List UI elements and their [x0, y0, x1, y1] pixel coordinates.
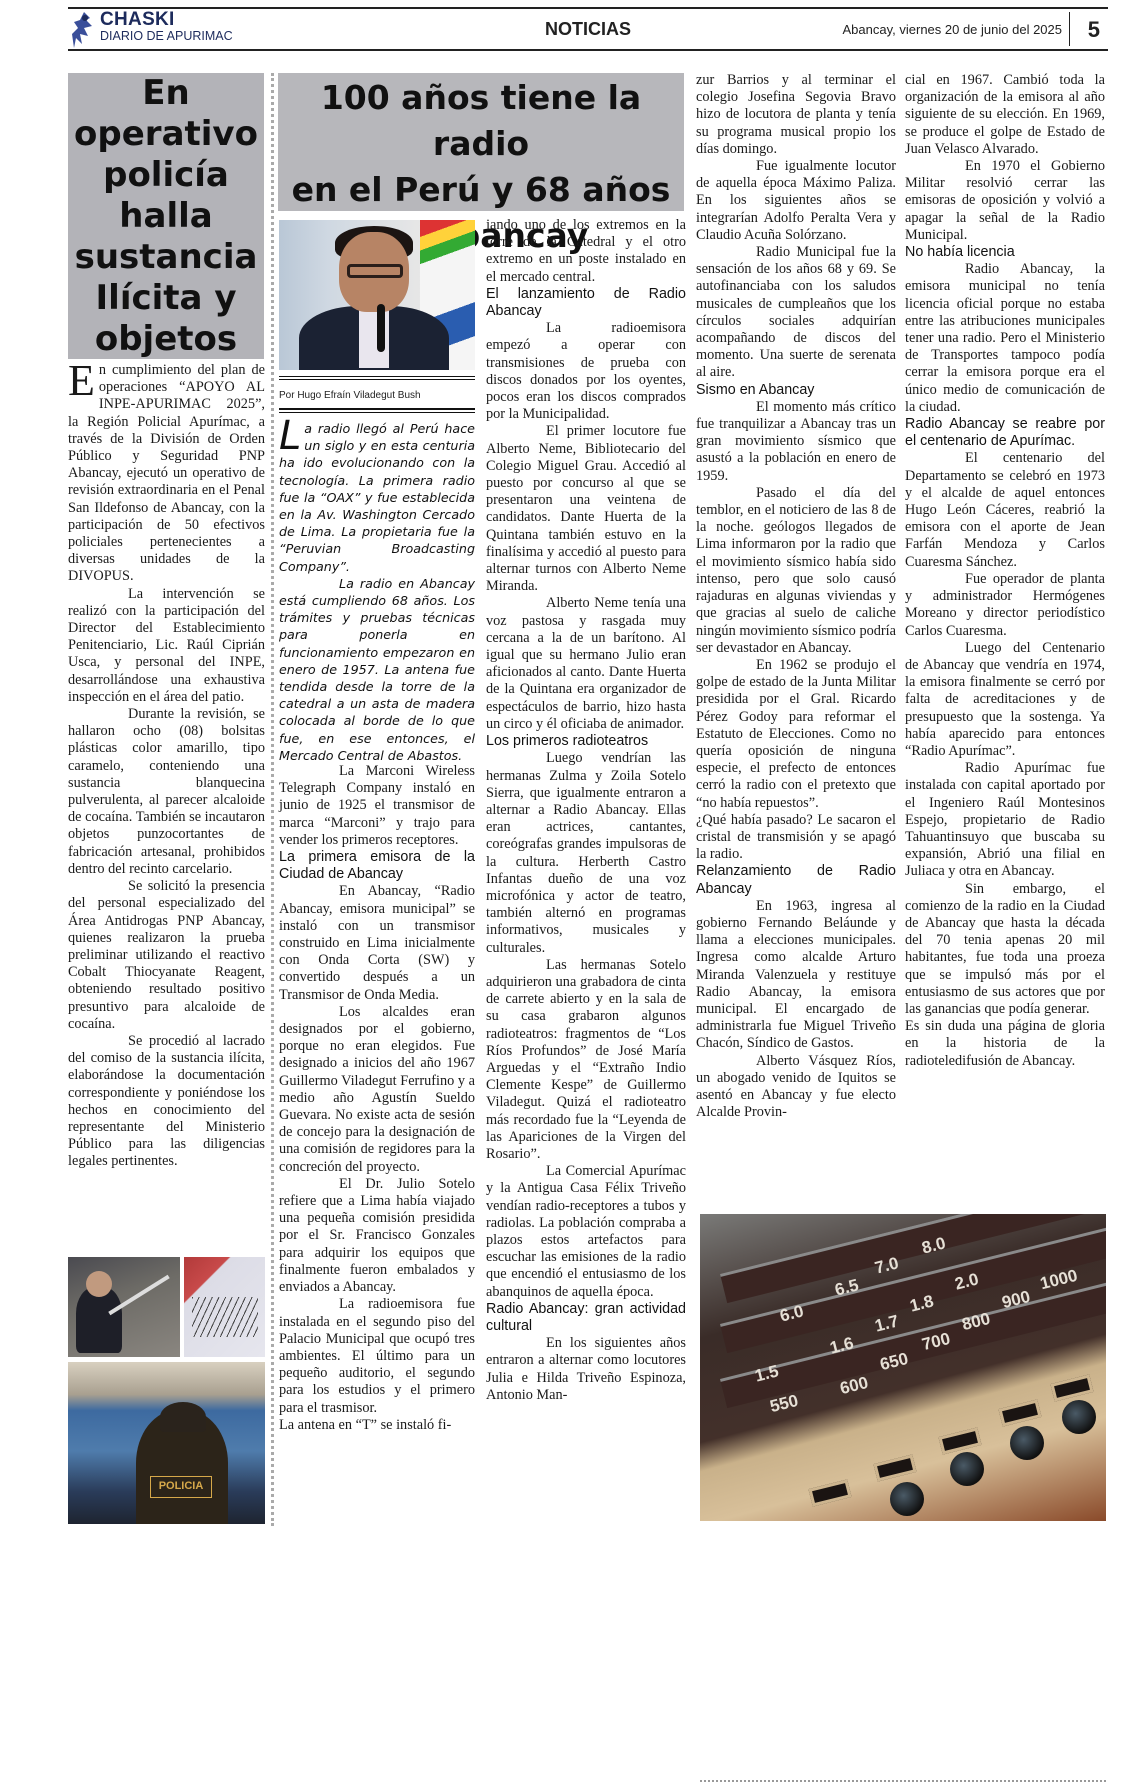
article-paragraph: Es sin duda una página de gloria en la h…	[905, 1018, 1105, 1070]
article-paragraph: El momento más crítico fue tranquilizar …	[696, 399, 896, 485]
page-number: 5	[1088, 17, 1100, 43]
article-paragraph: La radioemisora fue instalada en el segu…	[279, 1296, 475, 1416]
article-paragraph: La intervención se realizó con la partic…	[68, 586, 265, 706]
seized-objects-photo	[184, 1257, 265, 1357]
dial-label: 7.0	[873, 1253, 901, 1278]
issue-date: Abancay, viernes 20 de junio del 2025	[843, 22, 1062, 37]
article-column-2: jando uno de los extremos en la torre de…	[486, 217, 686, 1404]
article-paragraph: Las hermanas Sotelo adquirieron una grab…	[486, 957, 686, 1163]
headline-line: operativo	[68, 114, 264, 155]
dropcap: E	[68, 364, 95, 398]
radio-knob-icon	[1010, 1426, 1044, 1460]
headline-line: halla	[68, 196, 264, 237]
glasses	[347, 264, 403, 278]
article-paragraph: Sin embargo, el comienzo de la radio en …	[905, 881, 1105, 1019]
radio-knob-icon	[1062, 1400, 1096, 1434]
paragraph-text: a radio llegó al Perú hace un siglo y en…	[279, 421, 475, 574]
rule	[279, 379, 475, 380]
article-column-1: La Marconi Wireless Telegraph Company in…	[279, 763, 475, 1434]
policia-patch: POLICIA	[150, 1476, 212, 1498]
article-intro: La radio llegó al Perú hace un siglo y e…	[279, 420, 475, 764]
headline-line: sustancia	[68, 237, 264, 278]
article-paragraph: Se solicitó la presencia del personal es…	[68, 878, 265, 1033]
rule	[279, 376, 475, 377]
article-paragraph: ¿Qué había pasado? Le sacaron el cristal…	[696, 812, 896, 864]
article-paragraph: Radio Apurímac fue instalada con capital…	[905, 760, 1105, 880]
officer-cap	[160, 1402, 206, 1432]
seized-tools	[192, 1297, 258, 1337]
headline-line: en el Perú y 68 años	[278, 167, 684, 213]
article-paragraph: Alberto Vásquez Ríos, un abogado venido …	[696, 1053, 896, 1122]
article-paragraph: zur Barrios y al terminar el colegio Jos…	[696, 72, 896, 158]
preset-slot	[938, 1427, 981, 1454]
police-officer-photo: POLICIA	[68, 1362, 265, 1524]
article-paragraph: El centenario del Departamento se celebr…	[905, 450, 1105, 570]
preset-slot	[873, 1454, 916, 1481]
article-paragraph: En Abancay, “Radio Abancay, emisora muni…	[279, 883, 475, 1003]
article-paragraph: Fue operador de planta y administrador H…	[905, 571, 1105, 640]
dial-label: 1.8	[908, 1291, 936, 1316]
article-paragraph: Pasado el día del temblor, en el noticie…	[696, 485, 896, 657]
dial-label: 1.7	[873, 1311, 901, 1336]
article-paragraph: jando uno de los extremos en la torre de…	[486, 217, 686, 286]
article-paragraph: La antena en “T” se instaló fi-	[279, 1417, 475, 1434]
subheading: Sismo en Abancay	[696, 382, 896, 399]
article-paragraph: El primer locutore fue Alberto Neme, Bib…	[486, 423, 686, 595]
date-separator	[1069, 12, 1070, 46]
article-paragraph: Radio Abancay, la emisora municipal no t…	[905, 261, 1105, 416]
article-paragraph: La Marconi Wireless Telegraph Company in…	[279, 763, 475, 849]
preset-slot	[1050, 1374, 1093, 1401]
article-paragraph: Se procedió al lacrado del comiso de la …	[68, 1033, 265, 1171]
intro-paragraph: La radio en Abancay está cumpliendo 68 a…	[279, 575, 475, 764]
footer-rule	[700, 1780, 1106, 1782]
left-article-headline: En operativo policía halla sustancia Ilí…	[68, 73, 264, 359]
article-paragraph: Durante la revisión, se hallaron ocho (0…	[68, 706, 265, 878]
dropcap: L	[279, 420, 301, 452]
article-paragraph: Fue igualmente locutor de aquella época …	[696, 158, 896, 244]
subheading: No había licencia	[905, 244, 1105, 261]
article-paragraph: La Comercial Apurímac y la Antigua Casa …	[486, 1163, 686, 1301]
article-paragraph: Luego vendrían las hermanas Zulma y Zoil…	[486, 750, 686, 956]
subheading: La primera emisora de la Ciudad de Abanc…	[279, 849, 475, 883]
article-paragraph: La radioemisora empezó a operar con tran…	[486, 320, 686, 423]
radio-knob-icon	[890, 1482, 924, 1516]
article-paragraph: El Dr. Julio Sotelo refiere que a Lima h…	[279, 1176, 475, 1296]
headline-line: 100 años tiene la radio	[278, 75, 684, 167]
preset-slot	[808, 1479, 851, 1506]
rule	[279, 412, 475, 413]
subheading: Relanzamiento de Radio Abancay	[696, 863, 896, 897]
headline-line: Ilícita y	[68, 278, 264, 319]
intro-paragraph: La radio llegó al Perú hace un siglo y e…	[279, 420, 475, 575]
police-inspection-photo	[68, 1257, 180, 1357]
article-paragraph: Radio Municipal fue la sensación de los …	[696, 244, 896, 382]
byline: Por Hugo Efraín Viladegut Bush	[279, 390, 475, 401]
article-column-3: zur Barrios y al terminar el colegio Jos…	[696, 72, 896, 1121]
headline-line: En	[68, 73, 264, 114]
subheading: Radio Abancay: gran actividad cultural	[486, 1301, 686, 1335]
article-paragraph: En los siguientes años entraron a altern…	[486, 1335, 686, 1404]
column-divider	[271, 73, 274, 1526]
main-article-headline: 100 años tiene la radio en el Perú y 68 …	[278, 73, 684, 211]
radio-knob-icon	[950, 1452, 984, 1486]
preset-slot	[998, 1399, 1041, 1426]
microphone-icon	[377, 304, 385, 352]
left-article-body: En cumplimiento del plan de operaciones …	[68, 362, 265, 1171]
officer-head	[86, 1271, 112, 1297]
article-paragraph: En cumplimiento del plan de operaciones …	[68, 362, 265, 586]
subheading: Los primeros radioteatros	[486, 733, 686, 750]
article-paragraph: En 1963, ingresa al gobierno Fernando Be…	[696, 898, 896, 1053]
author-photo	[279, 220, 475, 370]
rule	[279, 408, 475, 410]
article-paragraph: cial en 1967. Cambió toda la organizació…	[905, 72, 1105, 158]
vintage-radio-photo: 550 600 650 700 800 900 1000 1.5 1.6 1.7…	[700, 1214, 1106, 1521]
subheading: El lanzamiento de Radio Abancay	[486, 286, 686, 320]
measuring-stick	[108, 1275, 169, 1315]
masthead: CHASKI DIARIO DE APURIMAC NOTICIAS Abanc…	[68, 7, 1108, 51]
article-paragraph: Alberto Neme tenía una voz pastosa y ras…	[486, 595, 686, 733]
headline-line: policía	[68, 155, 264, 196]
article-column-4: cial en 1967. Cambió toda la organizació…	[905, 72, 1105, 1070]
headline-line: objetos	[68, 319, 264, 360]
article-paragraph: En 1970 el Gobierno Militar resolvió cer…	[905, 158, 1105, 244]
paragraph-text: n cumplimiento del plan de operaciones “…	[68, 362, 265, 584]
article-paragraph: Los alcaldes eran designados por el gobi…	[279, 1004, 475, 1176]
subheading: Radio Abancay se reabre por el centenari…	[905, 416, 1105, 450]
article-paragraph: En 1962 se produjo el golpe de estado de…	[696, 657, 896, 812]
dial-label: 8.0	[920, 1233, 948, 1258]
article-paragraph: Luego del Centenario de Abancay que vend…	[905, 640, 1105, 760]
